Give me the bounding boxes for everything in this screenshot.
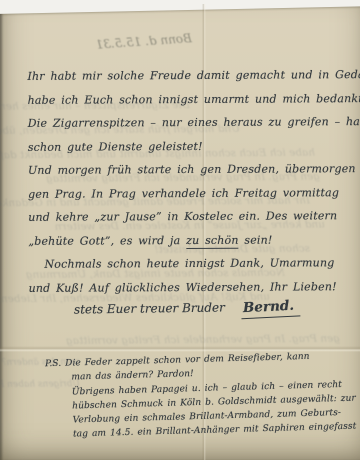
handwriting-line: Ihr habt mir solche Freude damit gemacht…: [27, 63, 349, 88]
postscript-block: P.S. Die Feder zappelt schon vor dem Rei…: [45, 349, 349, 443]
underlined-phrase: zu schön: [186, 233, 239, 248]
signature-name: Bernd.: [240, 297, 300, 319]
handwriting-line: Die Zigarrenspitzen – nur eines heraus z…: [28, 110, 350, 135]
handwriting-line: schon gute Dienste geleistet!: [28, 134, 350, 159]
letter-photo: Bonn d. 15.5.31 Die Zigarrenspitzen – nu…: [0, 0, 360, 460]
handwriting-line-underlined: „behüte Gott”, es wird ja zu schön sein!: [28, 228, 350, 253]
handwriting-line: Nochmals schon heute innigst Dank, Umarm…: [28, 251, 350, 276]
bleedthrough-line: gen Prag. In Prag verhandele ich Freitag…: [20, 333, 340, 352]
handwriting-line: habe ich Euch schon innigst umarmt und m…: [28, 87, 350, 112]
handwriting-line: und Kuß! Auf glückliches Wiedersehen, Ih…: [28, 275, 350, 300]
line-pre: „behüte Gott”, es wird ja: [28, 234, 186, 248]
line-post: sein!: [239, 233, 273, 246]
handwriting-line: gen Prag. In Prag verhandele ich Freitag…: [28, 181, 350, 206]
handwriting-line: Und morgen früh starte ich gen Dresden, …: [28, 157, 350, 182]
signature-row: stets Euer treuer BruderBernd.: [74, 298, 300, 320]
handwriting-line: und kehre „zur Jause” in Kostelec ein. D…: [28, 204, 350, 229]
letter-body: Ihr habt mir solche Freude damit gemacht…: [27, 63, 350, 300]
signature-prefix: stets Euer treuer Bruder: [74, 300, 225, 316]
